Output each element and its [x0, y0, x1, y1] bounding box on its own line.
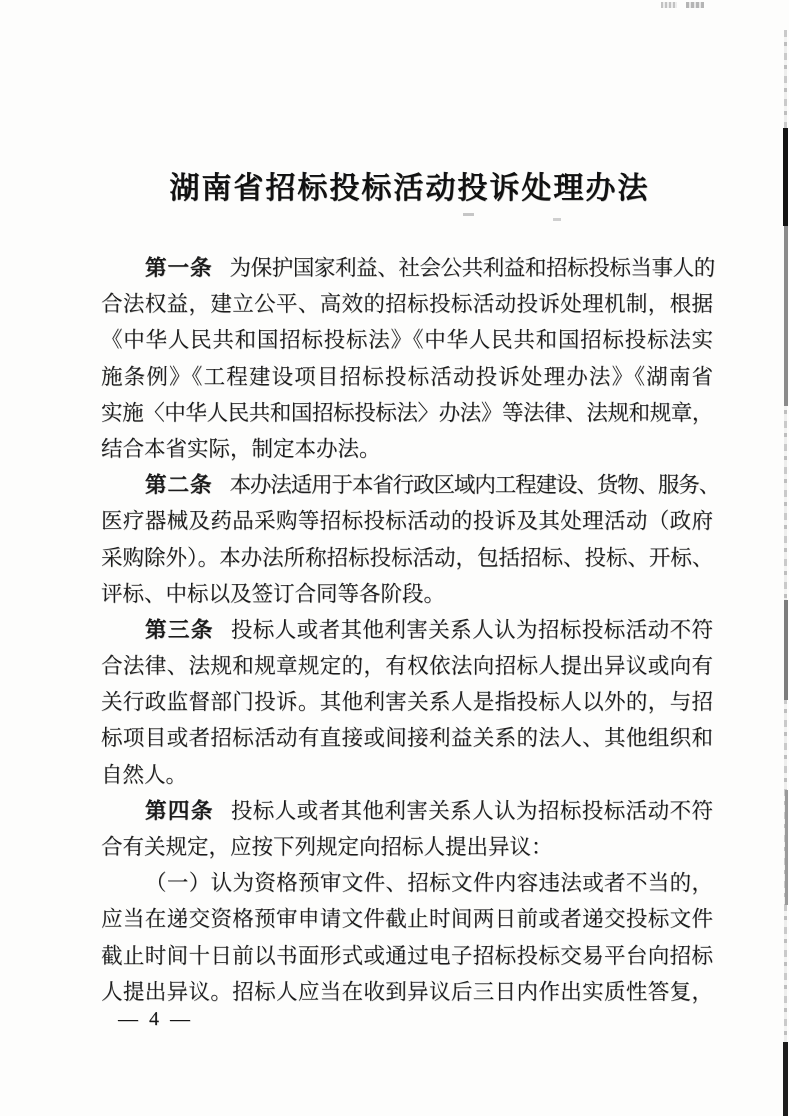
page-number: — 4 — — [118, 1008, 193, 1031]
line-text: 应当在递交资格预审申请文件截止时间两日前或者递交投标文件 — [101, 907, 713, 931]
line-text: 《中华人民共和国招标投标法》《中华人民共和国招标投标法实 — [101, 328, 713, 352]
line-text: 投标人或者其他利害关系人认为招标投标活动不符 — [231, 618, 713, 642]
scan-edge-artifact — [783, 1042, 788, 1116]
text-block: 第一条为保护国家利益、社会公共利益和招标投标当事人的合法权益，建立公平、高效的招… — [101, 250, 713, 1010]
line-text: 合法律、法规和规章规定的，有权依法向招标人提出异议或向有 — [101, 654, 713, 678]
text-line: 实施〈中华人民共和国招标投标法〉办法》等法律、法规和规章， — [101, 395, 713, 431]
line-text: 合有关规定，应按下列规定向招标人提出异议： — [101, 835, 553, 859]
text-line: 人提出异议。招标人应当在收到异议后三日内作出实质性答复， — [101, 974, 713, 1010]
line-text: 投标人或者其他利害关系人认为招标投标活动不符 — [231, 799, 713, 823]
text-line: 第三条投标人或者其他利害关系人认为招标投标活动不符 — [101, 612, 713, 648]
scanned-document-page: 湖南省招标投标活动投诉处理办法 第一条为保护国家利益、社会公共利益和招标投标当事… — [0, 0, 789, 1116]
article-number: 第四条 — [145, 799, 214, 823]
text-line: 截止时间十日前以书面形式或通过电子招标投标交易平台向招标 — [101, 938, 713, 974]
line-text: 截止时间十日前以书面形式或通过电子招标投标交易平台向招标 — [101, 944, 713, 968]
text-line: 应当在递交资格预审申请文件截止时间两日前或者递交投标文件 — [101, 901, 713, 937]
text-line: 结合本省实际，制定本办法。 — [101, 431, 713, 467]
text-line: 合有关规定，应按下列规定向招标人提出异议： — [101, 829, 713, 865]
scan-edge-artifact — [785, 790, 788, 905]
text-line: 《中华人民共和国招标投标法》《中华人民共和国招标投标法实 — [101, 322, 713, 358]
text-line: 第二条本办法适用于本省行政区域内工程建设、货物、服务、 — [101, 467, 713, 503]
article-number: 第一条 — [145, 256, 213, 280]
scan-smudge — [686, 2, 704, 8]
scan-smudge — [661, 2, 677, 8]
line-text: 结合本省实际，制定本办法。 — [101, 437, 381, 461]
document-title: 湖南省招标投标活动投诉处理办法 — [0, 163, 789, 207]
line-text: 施条例》《工程建设项目招标投标活动投诉处理办法》《湖南省 — [101, 365, 713, 389]
text-line: 合法权益，建立公平、高效的招标投标活动投诉处理机制，根据 — [101, 286, 713, 322]
line-text: 人提出异议。招标人应当在收到异议后三日内作出实质性答复， — [101, 980, 713, 1004]
text-line: 合法律、法规和规章规定的，有权依法向招标人提出异议或向有 — [101, 648, 713, 684]
line-text: 自然人。 — [101, 763, 187, 787]
line-text: 实施〈中华人民共和国招标投标法〉办法》等法律、法规和规章， — [101, 401, 713, 425]
scan-speck — [553, 218, 561, 221]
text-line: 第四条投标人或者其他利害关系人认为招标投标活动不符 — [101, 793, 713, 829]
text-line: 第一条为保护国家利益、社会公共利益和招标投标当事人的 — [101, 250, 713, 286]
line-text: 本办法适用于本省行政区域内工程建设、货物、服务、 — [230, 473, 720, 497]
line-text: 医疗器械及药品采购等招标投标活动的投诉及其处理活动（政府 — [101, 509, 713, 533]
line-text: 采购除外）。本办法所称招标投标活动，包括招标、投标、开标、 — [101, 546, 713, 570]
scan-edge-artifact — [784, 226, 788, 406]
text-line: 医疗器械及药品采购等招标投标活动的投诉及其处理活动（政府 — [101, 503, 713, 539]
scan-speck — [463, 213, 474, 216]
text-line: 标项目或者招标活动有直接或间接利益关系的法人、其他组织和 — [101, 720, 713, 756]
article-number: 第二条 — [145, 473, 213, 497]
text-line: 关行政监督部门投诉。其他利害关系人是指投标人以外的，与招 — [101, 684, 713, 720]
line-text: 标项目或者招标活动有直接或间接利益关系的法人、其他组织和 — [101, 726, 713, 750]
text-line: （一）认为资格预审文件、招标文件内容违法或者不当的， — [101, 865, 713, 901]
line-text: 为保护国家利益、社会公共利益和招标投标当事人的 — [230, 256, 715, 280]
line-text: 关行政监督部门投诉。其他利害关系人是指投标人以外的，与招 — [101, 690, 713, 714]
line-text: 评标、中标以及签订合同等各阶段。 — [101, 582, 445, 606]
text-line: 自然人。 — [101, 757, 713, 793]
scan-edge-artifact — [784, 600, 788, 700]
text-line: 评标、中标以及签订合同等各阶段。 — [101, 576, 713, 612]
line-text: 合法权益，建立公平、高效的招标投标活动投诉处理机制，根据 — [101, 292, 713, 316]
text-line: 施条例》《工程建设项目招标投标活动投诉处理办法》《湖南省 — [101, 359, 713, 395]
text-line: 采购除外）。本办法所称招标投标活动，包括招标、投标、开标、 — [101, 540, 713, 576]
line-text: （一）认为资格预审文件、招标文件内容违法或者不当的， — [145, 871, 713, 895]
article-number: 第三条 — [145, 618, 214, 642]
